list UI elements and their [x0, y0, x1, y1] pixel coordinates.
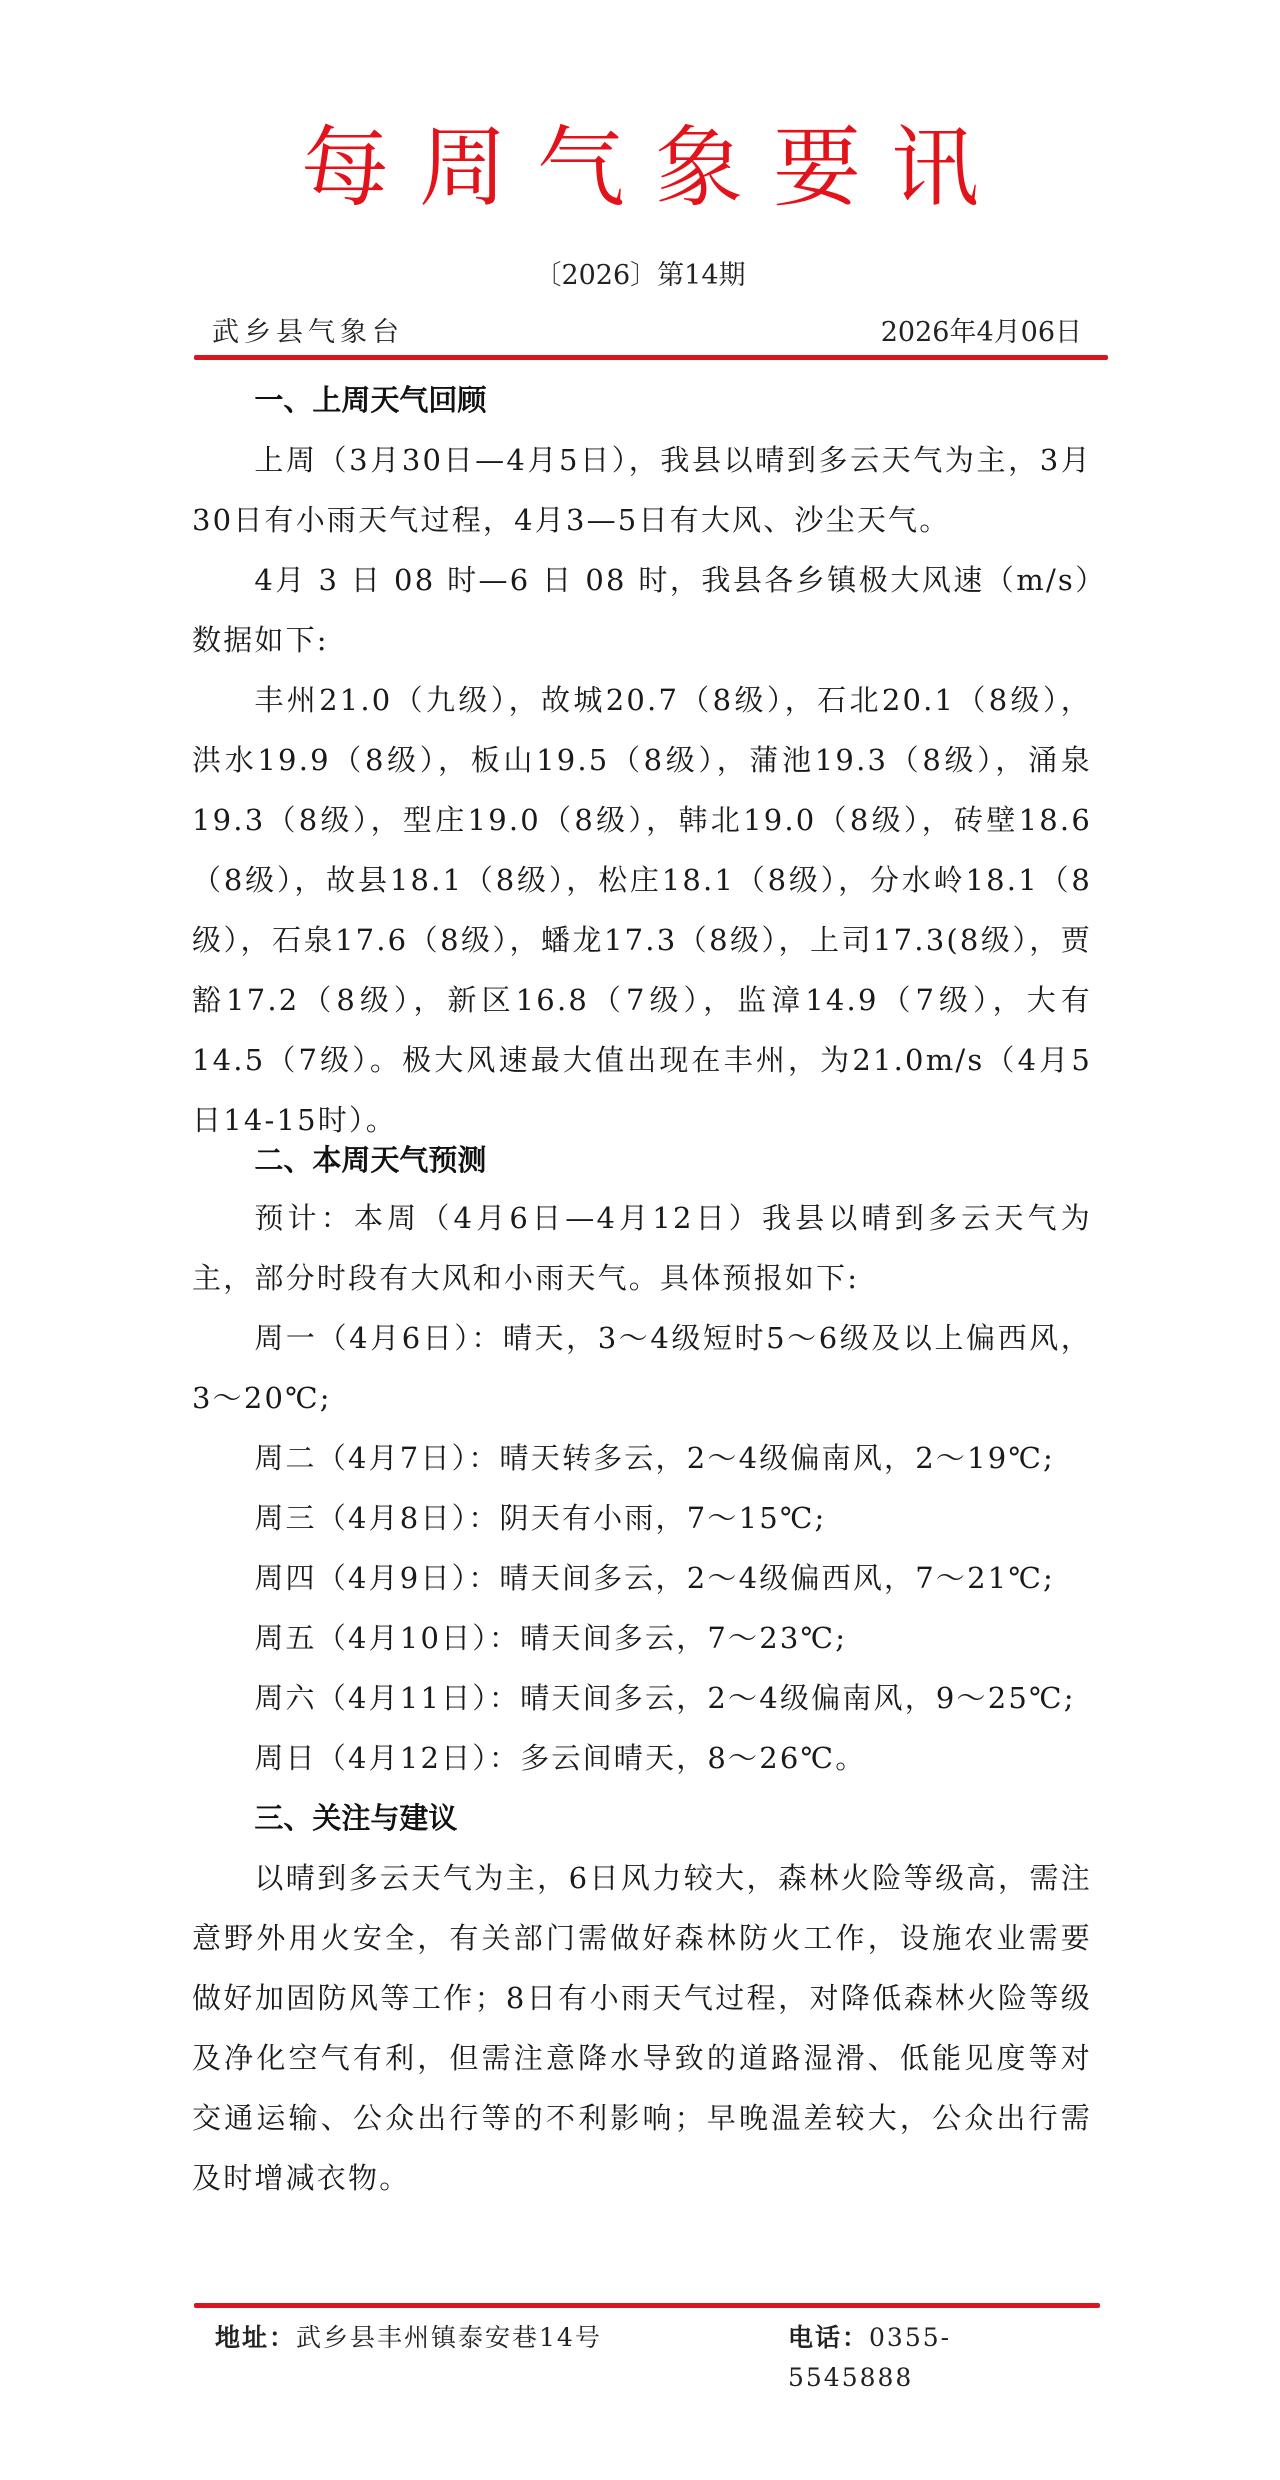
issuing-organization: 武乡县气象台: [212, 314, 404, 352]
document-body: 一、上周天气回顾 上周（3月30日—4月5日），我县以晴到多云天气为主，3月30…: [192, 370, 1092, 2208]
forecast-day-mon: 周一（4月6日）：晴天，3～4级短时5～6级及以上偏西风，3～20℃;: [192, 1308, 1092, 1428]
footer-red-rule: [194, 2303, 1100, 2308]
issue-date: 2026年4月06日: [881, 314, 1082, 352]
paragraph-wind-intro: 4月 3 日 08 时—6 日 08 时，我县各乡镇极大风速（m/s）数据如下:: [192, 550, 1092, 670]
phone-label: 电话：: [788, 2323, 869, 2352]
issue-number: 〔2026〕第14期: [0, 258, 1280, 294]
forecast-day-sun: 周日（4月12日）：多云间晴天，8～26℃。: [192, 1728, 1092, 1788]
paragraph-summary: 上周（3月30日—4月5日），我县以晴到多云天气为主，3月30日有小雨天气过程，…: [192, 430, 1092, 550]
section-heading: 一、上周天气回顾: [192, 370, 1092, 430]
forecast-day-thu: 周四（4月9日）：晴天间多云，2～4级偏西风，7～21℃;: [192, 1548, 1092, 1608]
footer-address: 地址：武乡县丰州镇泰安巷14号: [215, 2318, 602, 2358]
footer-phone: 电话：0355-5545888: [788, 2318, 1075, 2398]
document-title: 每周气象要讯: [0, 118, 1280, 218]
address-label: 地址：: [215, 2323, 296, 2352]
forecast-day-wed: 周三（4月8日）：阴天有小雨，7～15℃;: [192, 1488, 1092, 1548]
paragraph-wind-data: 丰州21.0（九级），故城20.7（8级），石北20.1（8级），洪水19.9（…: [192, 670, 1092, 1150]
header-red-rule: [194, 355, 1108, 360]
section-advice: 三、关注与建议 以晴到多云天气为主，6日风力较大，森林火险等级高，需注意野外用火…: [192, 1788, 1092, 2208]
paragraph-forecast-intro: 预计：本周（4月6日—4月12日）我县以晴到多云天气为主，部分时段有大风和小雨天…: [192, 1188, 1092, 1308]
forecast-day-fri: 周五（4月10日）：晴天间多云，7～23℃;: [192, 1608, 1092, 1668]
paragraph-advice: 以晴到多云天气为主，6日风力较大，森林火险等级高，需注意野外用火安全，有关部门需…: [192, 1848, 1092, 2208]
footer: 地址：武乡县丰州镇泰安巷14号 电话：0355-5545888: [215, 2318, 1075, 2358]
forecast-day-sat: 周六（4月11日）：晴天间多云，2～4级偏南风，9～25℃;: [192, 1668, 1092, 1728]
address-value: 武乡县丰州镇泰安巷14号: [296, 2323, 602, 2352]
forecast-day-tue: 周二（4月7日）：晴天转多云，2～4级偏南风，2～19℃;: [192, 1428, 1092, 1488]
section-this-week-forecast: 二、本周天气预测 预计：本周（4月6日—4月12日）我县以晴到多云天气为主，部分…: [192, 1132, 1092, 1788]
section-heading: 三、关注与建议: [192, 1788, 1092, 1848]
section-last-week-review: 一、上周天气回顾 上周（3月30日—4月5日），我县以晴到多云天气为主，3月30…: [192, 370, 1092, 1150]
section-heading: 二、本周天气预测: [192, 1132, 1092, 1188]
